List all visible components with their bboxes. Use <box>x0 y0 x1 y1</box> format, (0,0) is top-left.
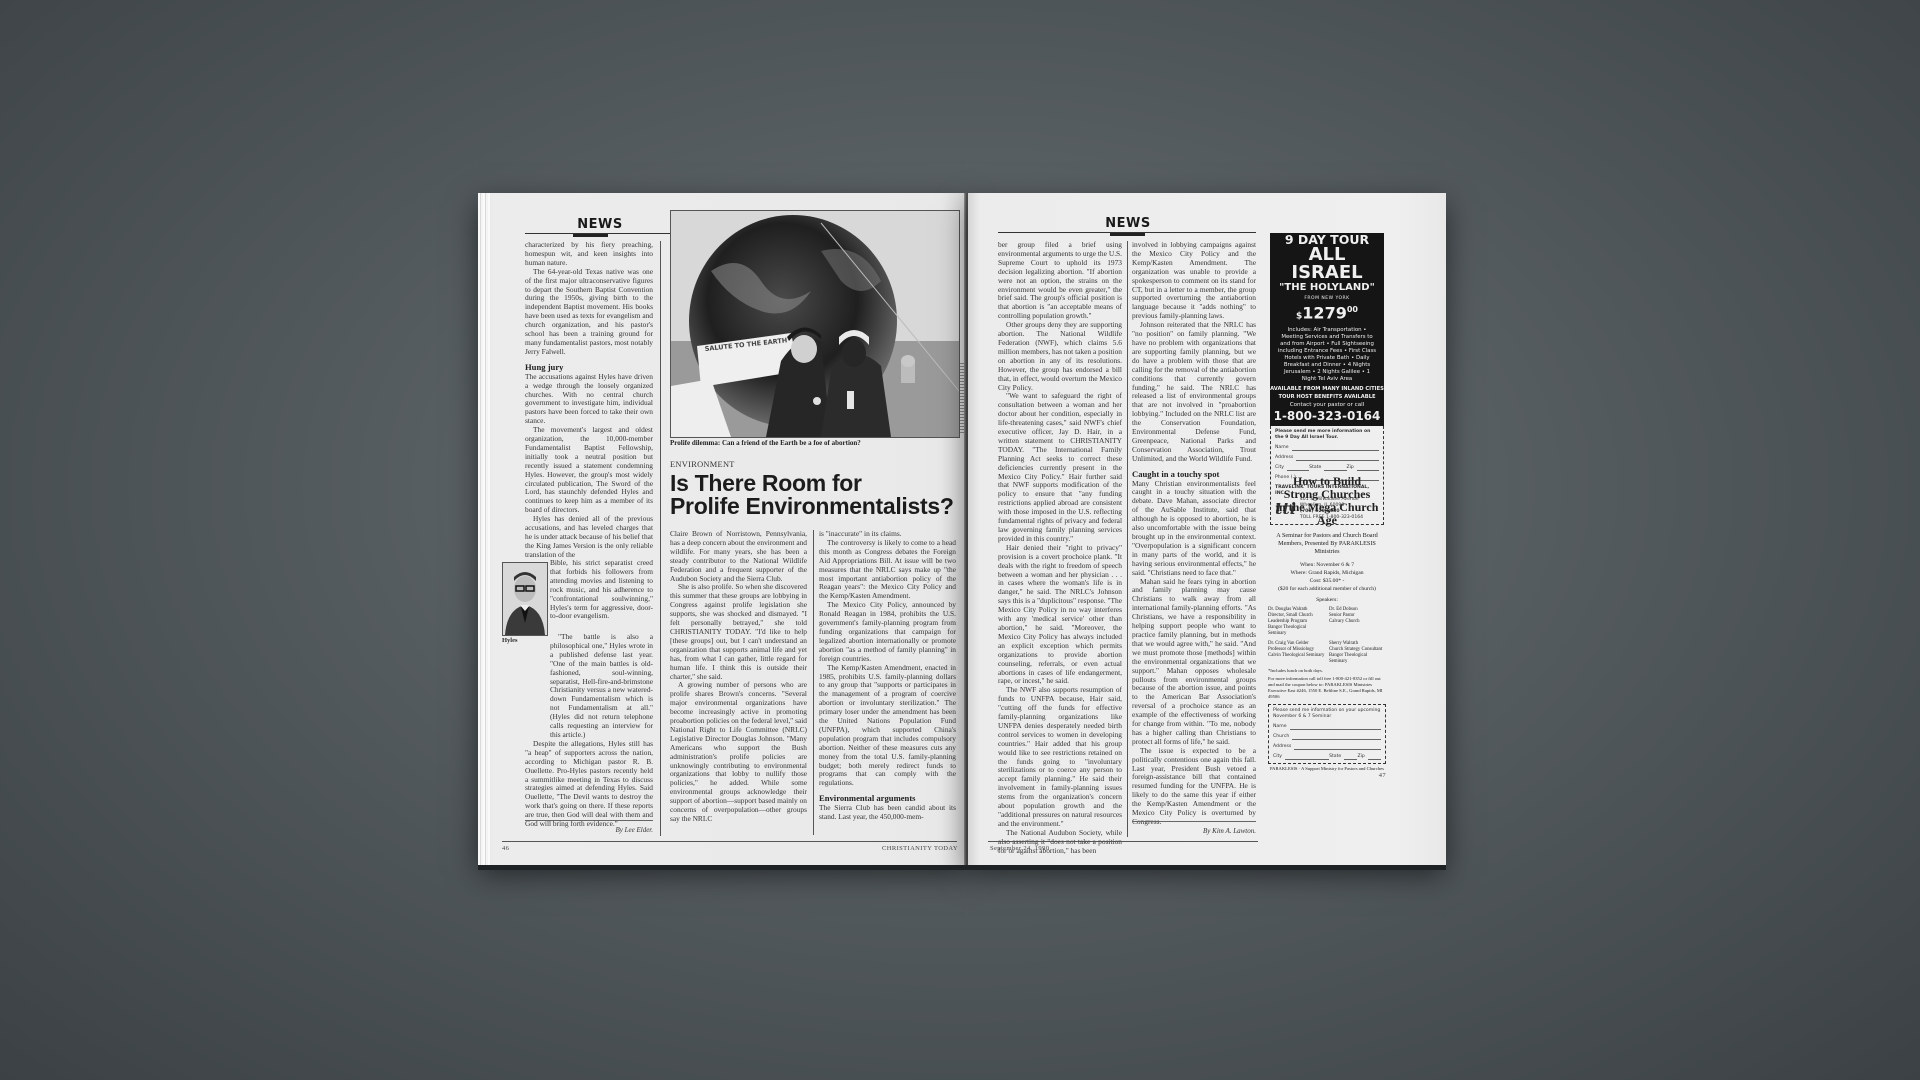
speakers-label: Speakers: <box>1268 596 1386 604</box>
paragraph: The Kemp/Kasten Amendment, enacted in 19… <box>819 664 956 789</box>
header-bar <box>573 234 608 237</box>
photo-caption: Prolife dilemma: Can a friend of the Ear… <box>670 439 960 447</box>
byline: By Kim A. Lawton. <box>1132 827 1256 835</box>
folio-rule <box>988 841 1258 842</box>
tour-host-benefits: TOUR HOST BENEFITS AVAILABLE <box>1270 393 1384 401</box>
speaker: Dr. Ed DobsonSenior PastorCalvary Church <box>1329 607 1386 637</box>
coupon-address-field[interactable]: Address <box>1273 744 1381 750</box>
column-3: is "inaccurate" in its claims. The contr… <box>819 530 956 822</box>
column-divider <box>660 241 661 836</box>
folio-rule <box>502 841 957 842</box>
column-1-wrap: Bible, his strict separatist creed that … <box>550 559 653 621</box>
price-value: 1279 <box>1302 303 1347 322</box>
earth-balloon-photo: SALUTE TO THE EARTH <box>670 210 960 438</box>
coupon-name-field[interactable]: Name <box>1273 724 1381 730</box>
seminar-footer: PARAKLESIS · A Support Ministry for Past… <box>1268 766 1386 772</box>
paragraph: "We want to safeguard the right of consu… <box>998 392 1122 543</box>
paragraph: Hyles has denied all of the previous acc… <box>525 515 653 560</box>
photo-image: SALUTE TO THE EARTH <box>671 211 959 437</box>
paragraph: The Sierra Club has been candid about it… <box>819 804 956 822</box>
paragraph: The 64-year-old Texas native was one of … <box>525 268 653 357</box>
page-number: 46 <box>502 845 509 852</box>
subhead-environmental-arguments: Environmental arguments <box>819 794 956 803</box>
coupon-city-field[interactable]: CityStateZip <box>1273 754 1381 760</box>
tour-phone: 1-800-323-0164 <box>1270 409 1384 426</box>
paragraph: Johnson reiterated that the NRLC has "no… <box>1132 321 1256 464</box>
paragraph: Claire Brown of Norristown, Pennsylvania… <box>670 530 807 583</box>
paragraph: The accusations against Hyles have drive… <box>525 373 653 426</box>
paragraph: Bible, his strict separatist creed that … <box>550 559 653 621</box>
column-1-top: characterized by his fiery preaching, ho… <box>525 241 653 560</box>
magazine-spread: NEWS characterized by his fiery preachin… <box>478 193 1446 869</box>
paragraph: She is also prolife. So when she discove… <box>670 583 807 681</box>
paragraph: involved in lobbying campaigns against t… <box>1132 241 1256 321</box>
price-cents: 00 <box>1347 305 1358 314</box>
column-1: ber group filed a brief using environmen… <box>998 241 1122 856</box>
left-page: NEWS characterized by his fiery preachin… <box>478 193 966 865</box>
tour-includes: Includes: Air Transportation • Meeting S… <box>1270 325 1384 385</box>
column-divider <box>813 530 814 835</box>
headline-line-2: Prolife Environmentalists? <box>670 495 960 518</box>
page-number: 47 <box>1268 772 1386 779</box>
paragraph: characterized by his fiery preaching, ho… <box>525 241 653 268</box>
header-bar <box>1110 233 1145 236</box>
speaker: Dr. Douglas WalrathDirector, Small Churc… <box>1268 607 1325 637</box>
column-1-bottom: "The battle is also a philosophical one,… <box>525 633 653 829</box>
seminar-subtitle: A Seminar for Pastors and Church Board M… <box>1268 532 1386 556</box>
paragraph: The controversy is likely to come to a h… <box>819 539 956 601</box>
paragraph: Mahan said he fears tying in abortion an… <box>1132 578 1256 747</box>
seminar-cost: Cost: $35.00* - <box>1268 577 1386 585</box>
paragraph: Hair denied their "right to privacy" pro… <box>998 544 1122 687</box>
byline-rule <box>1132 821 1256 822</box>
paragraph: Other groups deny they are supporting ab… <box>998 321 1122 392</box>
article-headline: Is There Room for Prolife Environmentali… <box>670 472 960 518</box>
section-label: NEWS <box>540 217 660 232</box>
paragraph: ber group filed a brief using environmen… <box>998 241 1122 321</box>
byline-rule <box>525 820 653 821</box>
column-2: involved in lobbying campaigns against t… <box>1132 241 1256 827</box>
issue-date: September 24, 1990 <box>990 845 1049 852</box>
tour-availability: AVAILABLE FROM MANY INLAND CITIES <box>1270 385 1384 393</box>
coupon-name-field[interactable]: Name <box>1275 445 1379 451</box>
paragraph: Many Christian environmentalists feel ca… <box>1132 480 1256 578</box>
seminar-cost-note: ($20 for each additional member of churc… <box>1268 585 1386 593</box>
magazine-name: CHRISTIANITY TODAY <box>882 845 958 852</box>
seminar-where: Where: Grand Rapids, Michigan <box>1268 569 1386 577</box>
byline: By Lee Elder. <box>525 826 653 834</box>
tour-destination: ALL ISRAEL <box>1270 246 1384 282</box>
tour-ad-banner: 9 DAY TOUR ALL ISRAEL "THE HOLYLAND" FRO… <box>1270 233 1384 426</box>
seminar-more-info: For more information call toll free 1-80… <box>1268 676 1386 700</box>
subhead-touchy-spot: Caught in a touchy spot <box>1132 470 1256 479</box>
right-page: NEWS ber group filed a brief using envir… <box>968 193 1446 865</box>
section-kicker: ENVIRONMENT <box>670 460 735 469</box>
column-2: Claire Brown of Norristown, Pennsylvania… <box>670 530 807 824</box>
headline-line-1: Is There Room for <box>670 472 960 495</box>
coupon-title: Please send me more information on the 9… <box>1275 429 1379 441</box>
tour-subtitle: "THE HOLYLAND" <box>1270 282 1384 293</box>
lunch-note: *Includes lunch on both days. <box>1268 668 1386 674</box>
spread-shadow <box>478 865 1446 870</box>
paragraph: Despite the allegations, Hyles still has… <box>525 740 653 829</box>
seminar-coupon[interactable]: Please send me information on your upcom… <box>1268 704 1386 764</box>
paragraph: "The battle is also a philosophical one,… <box>550 633 653 740</box>
paragraph: The NWF also supports resumption of fund… <box>998 686 1122 829</box>
seminar-ad: How to Build Strong Churches in the Mega… <box>1268 475 1386 779</box>
column-divider <box>1127 241 1128 837</box>
coupon-city-field[interactable]: CityStateZip <box>1275 465 1379 471</box>
portrait-caption: Hyles <box>502 637 518 644</box>
speaker: Sherry WalrathChurch Strategy Consultant… <box>1329 641 1386 665</box>
paragraph: A growing number of persons who are prol… <box>670 681 807 824</box>
paragraph: The movement's largest and oldest organi… <box>525 426 653 515</box>
coupon-title: Please send me information on your upcom… <box>1273 708 1381 720</box>
subhead-hung-jury: Hung jury <box>525 363 653 372</box>
paragraph: The Mexico City Policy, announced by Ron… <box>819 601 956 663</box>
portrait-image <box>503 563 547 635</box>
coupon-church-field[interactable]: Church <box>1273 734 1381 740</box>
coupon-address-field[interactable]: Address <box>1275 455 1379 461</box>
speakers-list: Dr. Douglas WalrathDirector, Small Churc… <box>1268 607 1386 665</box>
speaker: Dr. Craig Van GelderProfessor of Missiol… <box>1268 641 1325 665</box>
tour-contact: Contact your pastor or call <box>1270 401 1384 409</box>
paragraph: The issue is expected to be a politicall… <box>1132 747 1256 827</box>
seminar-when: When: November 6 & 7 <box>1268 561 1386 569</box>
tour-price: $127900 <box>1270 301 1384 325</box>
seminar-title-3: in the Mega Church Age <box>1268 501 1386 527</box>
section-label: NEWS <box>1068 216 1188 231</box>
hyles-portrait <box>502 562 548 636</box>
